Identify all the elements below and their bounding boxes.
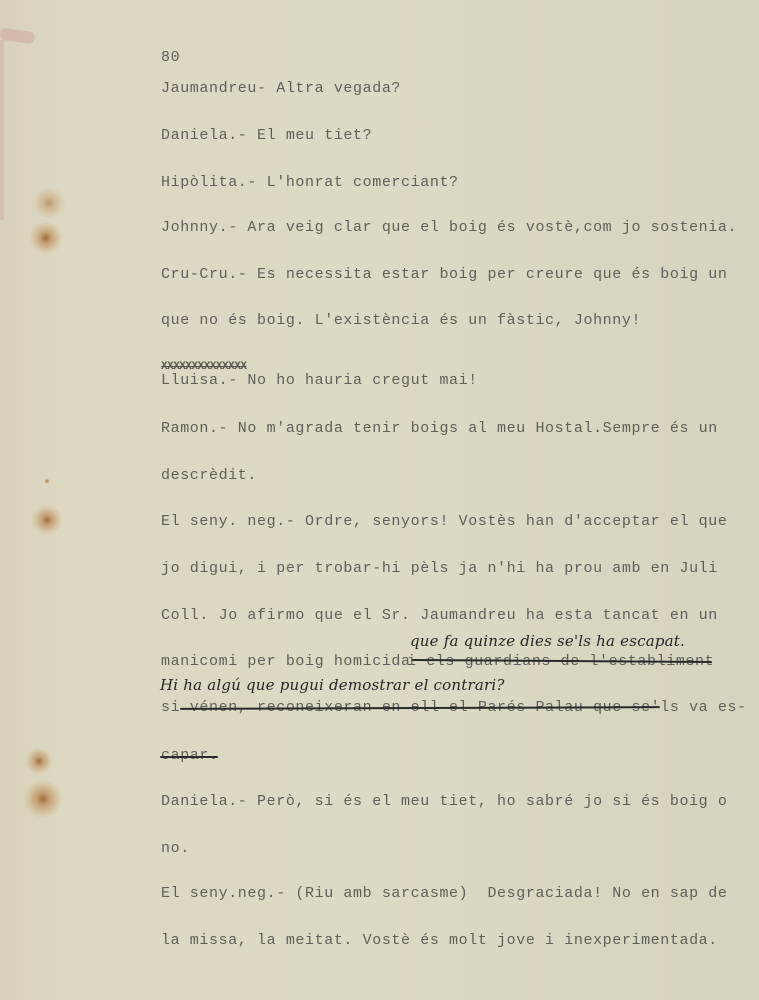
dialogue-line: Hipòlita.- L'honrat comerciant? [161, 174, 459, 192]
dialogue-line: Ramon.- No m'agrada tenir boigs al meu H… [161, 420, 718, 438]
dialogue-line: Johnny.- Ara veig clar que el boig és vo… [161, 219, 737, 237]
pink-edge-stain [0, 40, 4, 220]
rust-stain [30, 222, 62, 254]
dialogue-line: jo digui, i per trobar-hi pèls ja n'hi h… [161, 560, 718, 578]
rust-stain [32, 505, 62, 535]
dialogue-line: Lluisa.- No ho hauria cregut mai! [161, 372, 478, 390]
rust-stain [44, 478, 50, 484]
dialogue-line: manicomi per boig homicida [161, 653, 420, 671]
dialogue-line: El seny. neg.- Ordre, senyors! Vostès ha… [161, 513, 728, 531]
dialogue-line: Jaumandreu- Altra vegada? [161, 80, 401, 98]
rust-stain [32, 188, 66, 218]
dialogue-line: la missa, la meitat. Vostè és molt jove … [161, 932, 718, 950]
dialogue-line: Coll. Jo afirmo que el Sr. Jaumandreu ha… [161, 607, 718, 625]
pink-mark [0, 28, 36, 45]
dialogue-line: Cru-Cru.- Es necessita estar boig per cr… [161, 266, 728, 284]
rust-stain [26, 748, 52, 774]
rust-stain [24, 780, 62, 818]
page-number: 80 [161, 49, 180, 67]
handwritten-insertion: Hi ha algú que pugui demostrar el contra… [160, 676, 505, 694]
dialogue-line: no. [161, 840, 190, 858]
dialogue-line: Daniela.- Però, si és el meu tiet, ho sa… [161, 793, 728, 811]
dialogue-line: Daniela.- El meu tiet? [161, 127, 372, 145]
handwritten-insertion: que fa quinze dies se'ls ha escapat. [410, 632, 685, 650]
dialogue-line: que no és boig. L'existència és un fàsti… [161, 312, 641, 330]
dialogue-line: El seny.neg.- (Riu amb sarcasme) Desgrac… [161, 885, 728, 903]
strike-through-stroke [160, 756, 218, 758]
dialogue-line: descrèdit. [161, 467, 257, 485]
typewritten-page: 80 Jaumandreu- Altra vegada? Daniela.- E… [0, 0, 759, 1000]
